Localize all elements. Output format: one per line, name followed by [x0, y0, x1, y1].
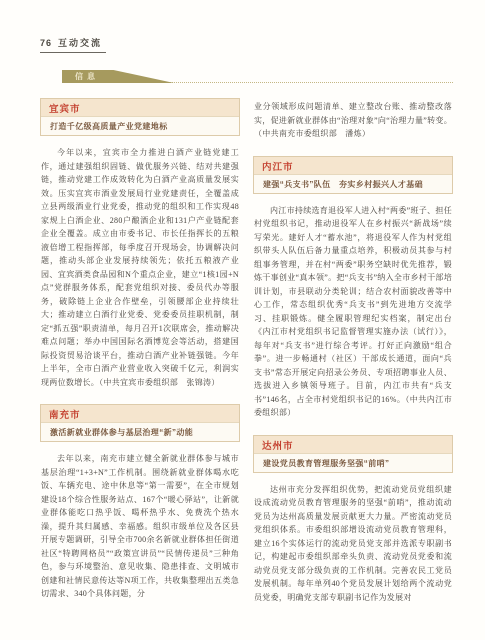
info-tag-label: 信息	[62, 70, 174, 83]
running-head: 76 互动交流	[40, 36, 106, 53]
nanchong-city-name: 南充市	[41, 405, 239, 422]
right-column: 业分领域形成问题清单、建立整改台账、推动整改落实，促进新就业群体由“治理对象”向…	[253, 98, 453, 619]
nanchong-section-header: 南充市 激活新就业群体参与基层治理“新”动能	[40, 404, 240, 442]
dazhou-article-body: 达州市充分发挥组织优势，把流动党员党组织建设成流动党员教育管理服务的坚强“前哨”…	[254, 483, 452, 605]
info-tag-ribbon: 信息	[62, 70, 174, 83]
yibin-article-title: 打造千亿级高质量产业党建地标	[41, 116, 239, 135]
dazhou-section-header: 达州市 建设党员教育管理服务坚强“前哨”	[253, 435, 453, 473]
article-dazhou: 达州市 建设党员教育管理服务坚强“前哨” 达州市充分发挥组织优势，把流动党员党组…	[253, 435, 453, 605]
neijiang-article-body: 内江市持续选育退役军人进入村“两委”班子、担任村党组织书记，推动退役军人在乡村振…	[254, 204, 452, 420]
column-section-name: 互动交流	[58, 36, 102, 49]
page-number: 76	[40, 38, 52, 48]
yibin-section-header: 宜宾市 打造千亿级高质量产业党建地标	[40, 98, 240, 136]
article-neijiang: 内江市 建强“兵支书”队伍 夯实乡村振兴人才基础 内江市持续选育退役军人进入村“…	[253, 156, 453, 420]
dazhou-article-title: 建设党员教育管理服务坚强“前哨”	[254, 453, 452, 472]
article-yibin: 宜宾市 打造千亿级高质量产业党建地标 今年以来，宜宾市全力推进白酒产业链党建工作…	[40, 98, 240, 389]
left-column: 宜宾市 打造千亿级高质量产业党建地标 今年以来，宜宾市全力推进白酒产业链党建工作…	[40, 98, 240, 619]
nanchong-article-body-continuation: 业分领域形成问题清单、建立整改台账、推动整改落实，促进新就业群体由“治理对象”向…	[254, 100, 452, 141]
two-column-layout: 宜宾市 打造千亿级高质量产业党建地标 今年以来，宜宾市全力推进白酒产业链党建工作…	[40, 98, 453, 619]
article-nanchong: 南充市 激活新就业群体参与基层治理“新”动能 去年以来，南充市建立健全新就业群体…	[40, 404, 240, 601]
neijiang-city-name: 内江市	[254, 157, 452, 174]
yibin-city-name: 宜宾市	[41, 99, 239, 116]
neijiang-article-title: 建强“兵支书”队伍 夯实乡村振兴人才基础	[254, 174, 452, 193]
info-tag-row: 信息	[40, 70, 453, 83]
neijiang-section-header: 内江市 建强“兵支书”队伍 夯实乡村振兴人才基础	[253, 156, 453, 194]
nanchong-article-title: 激活新就业群体参与基层治理“新”动能	[41, 422, 239, 441]
nanchong-article-body-start: 去年以来，南充市建立健全新就业群体参与城市基层治理“1+3+N”工作机制。围绕新…	[41, 452, 239, 601]
dazhou-city-name: 达州市	[254, 436, 452, 453]
magazine-page: 76 互动交流 信息 宜宾市 打造千亿级高质量产业党建地标 今年以来，宜宾市全力…	[0, 0, 485, 640]
yibin-article-body: 今年以来，宜宾市全力推进白酒产业链党建工作，通过建强组织固链、做优服务兴链、结对…	[41, 146, 239, 389]
